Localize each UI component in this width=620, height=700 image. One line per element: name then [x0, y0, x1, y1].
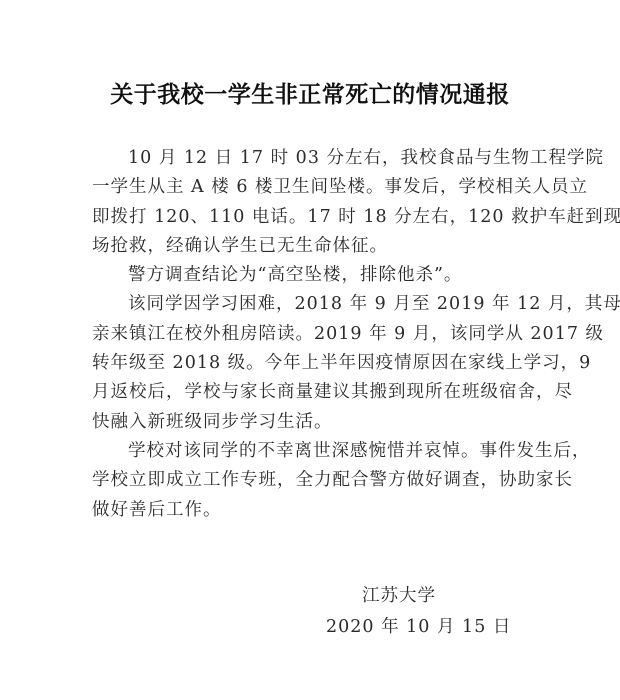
text-line: 一学生从主 A 楼 6 楼卫生间坠楼。事发后，学校相关人员立 — [92, 173, 542, 202]
text-line: 做好善后工作。 — [92, 496, 542, 525]
text-line: 场抢救，经确认学生已无生命体征。 — [92, 232, 542, 261]
text-line: 转年级至 2018 级。今年上半年因疫情原因在家线上学习，9 — [92, 349, 542, 378]
text-line: 警方调查结论为“高空坠楼，排除他杀”。 — [92, 261, 542, 290]
text-line: 该同学因学习困难，2018 年 9 月至 2019 年 12 月，其母 — [92, 290, 542, 319]
signature-organization: 江苏大学 — [362, 582, 562, 607]
paragraph-incident: 10 月 12 日 17 时 03 分左右，我校食品与生物工程学院 一学生从主 … — [92, 144, 542, 261]
text-line: 学校立即成立工作专班，全力配合警方做好调查，协助家长 — [92, 466, 542, 495]
paragraph-background: 该同学因学习困难，2018 年 9 月至 2019 年 12 月，其母 亲来镇江… — [92, 290, 542, 436]
text-line: 亲来镇江在校外租房陪读。2019 年 9 月，该同学从 2017 级 — [92, 320, 542, 349]
text-line: 月返校后，学校与家长商量建议其搬到现所在班级宿舍，尽 — [92, 378, 542, 407]
text-line: 学校对该同学的不幸离世深感惋惜并哀悼。事件发生后， — [92, 437, 542, 466]
document-title: 关于我校一学生非正常死亡的情况通报 — [0, 76, 620, 109]
text-line: 快融入新班级同步学习生活。 — [92, 408, 542, 437]
paragraph-police-conclusion: 警方调查结论为“高空坠楼，排除他杀”。 — [92, 261, 542, 290]
text-line: 即拨打 120、110 电话。17 时 18 分左右，120 救护车赶到现 — [92, 203, 542, 232]
paragraph-condolence: 学校对该同学的不幸离世深感惋惜并哀悼。事件发生后， 学校立即成立工作专班，全力配… — [92, 437, 542, 525]
text-line: 10 月 12 日 17 时 03 分左右，我校食品与生物工程学院 — [92, 144, 542, 173]
signature-date: 2020 年 10 月 15 日 — [326, 613, 526, 638]
document-body: 10 月 12 日 17 时 03 分左右，我校食品与生物工程学院 一学生从主 … — [92, 144, 542, 525]
